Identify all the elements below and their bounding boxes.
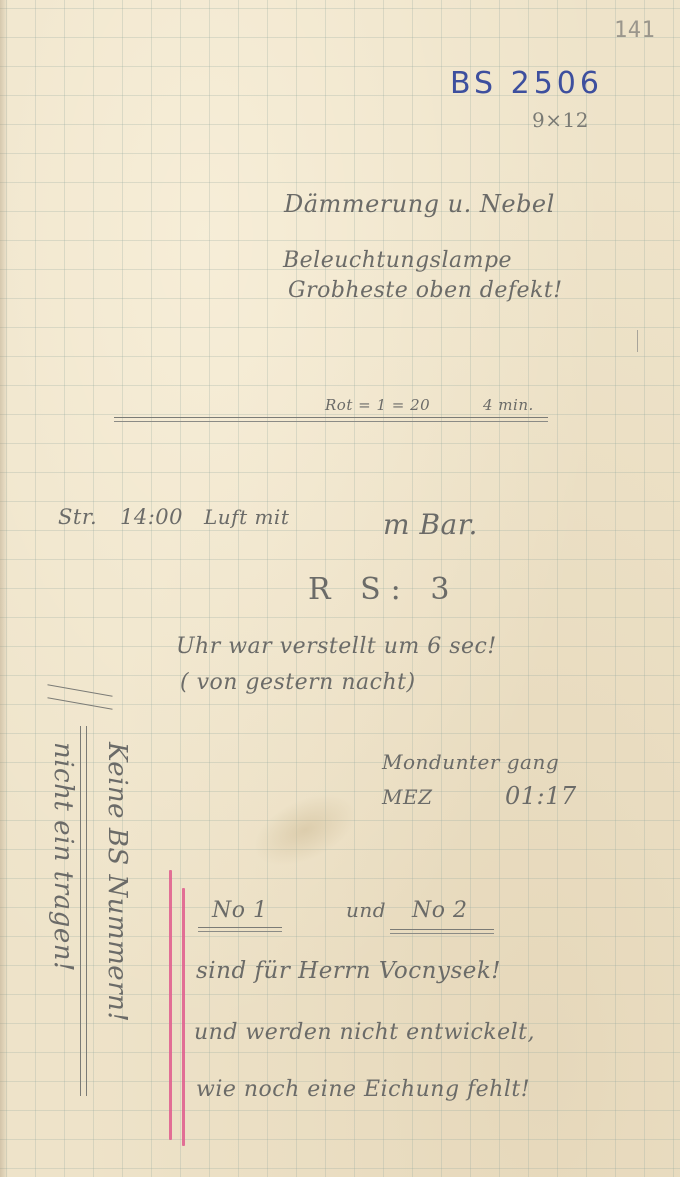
page-number: 141 xyxy=(614,18,655,43)
plate-id: BS 2506 xyxy=(450,66,603,101)
exposure-duration: 4 min. xyxy=(483,396,534,414)
plate-size: 9×12 xyxy=(532,108,589,132)
plate-no1: No 1 xyxy=(212,898,268,923)
exposure-divider xyxy=(114,417,548,422)
log-rs: R S: 3 xyxy=(308,572,459,607)
no1-underline xyxy=(198,927,282,932)
moonset-label: Mondunter gang xyxy=(382,750,559,774)
moonset-zone: MEZ xyxy=(382,785,432,809)
footer-line-3: wie noch eine Eichung fehlt! xyxy=(196,1077,530,1102)
clock-note-1: Uhr war verstellt um 6 sec! xyxy=(176,634,497,659)
plate-no2: No 2 xyxy=(412,898,468,923)
side-rule-2 xyxy=(86,726,87,1096)
no2-underline xyxy=(390,929,494,934)
log-text: Luft mit xyxy=(204,505,289,529)
pink-margin-line-2 xyxy=(182,888,185,1146)
notebook-page: 141 BS 2506 9×12 Dämmerung u. Nebel Bele… xyxy=(0,0,680,1177)
pink-margin-line-1 xyxy=(169,870,172,1140)
note-defect: Grobheste oben defekt! xyxy=(288,278,563,303)
log-time: 14:00 xyxy=(120,505,183,529)
clock-note-2: ( von gestern nacht) xyxy=(180,670,416,695)
exposure-text: Rot = 1 = 20 xyxy=(325,396,430,414)
side-note-line2: nicht ein tragen! xyxy=(48,742,78,972)
side-mark-2 xyxy=(47,697,112,709)
paper-stain xyxy=(242,780,367,881)
moonset-time: 01:17 xyxy=(505,782,577,810)
footer-line-1: sind für Herrn Vocnysek! xyxy=(196,958,501,984)
side-mark-1 xyxy=(47,684,112,696)
footer-line-2: und werden nicht entwickelt, xyxy=(194,1020,535,1045)
side-rule-1 xyxy=(80,726,81,1096)
note-twilight-fog: Dämmerung u. Nebel xyxy=(284,190,555,218)
pencil-tick xyxy=(637,330,638,352)
side-note-line1: Keine BS Nummern! xyxy=(102,742,132,1022)
log-prefix: Str. xyxy=(58,505,97,529)
note-lamp: Beleuchtungslampe xyxy=(283,248,512,273)
log-pressure: m Bar. xyxy=(383,508,478,541)
page-binding-edge xyxy=(0,0,8,1177)
and-text: und xyxy=(346,898,386,922)
